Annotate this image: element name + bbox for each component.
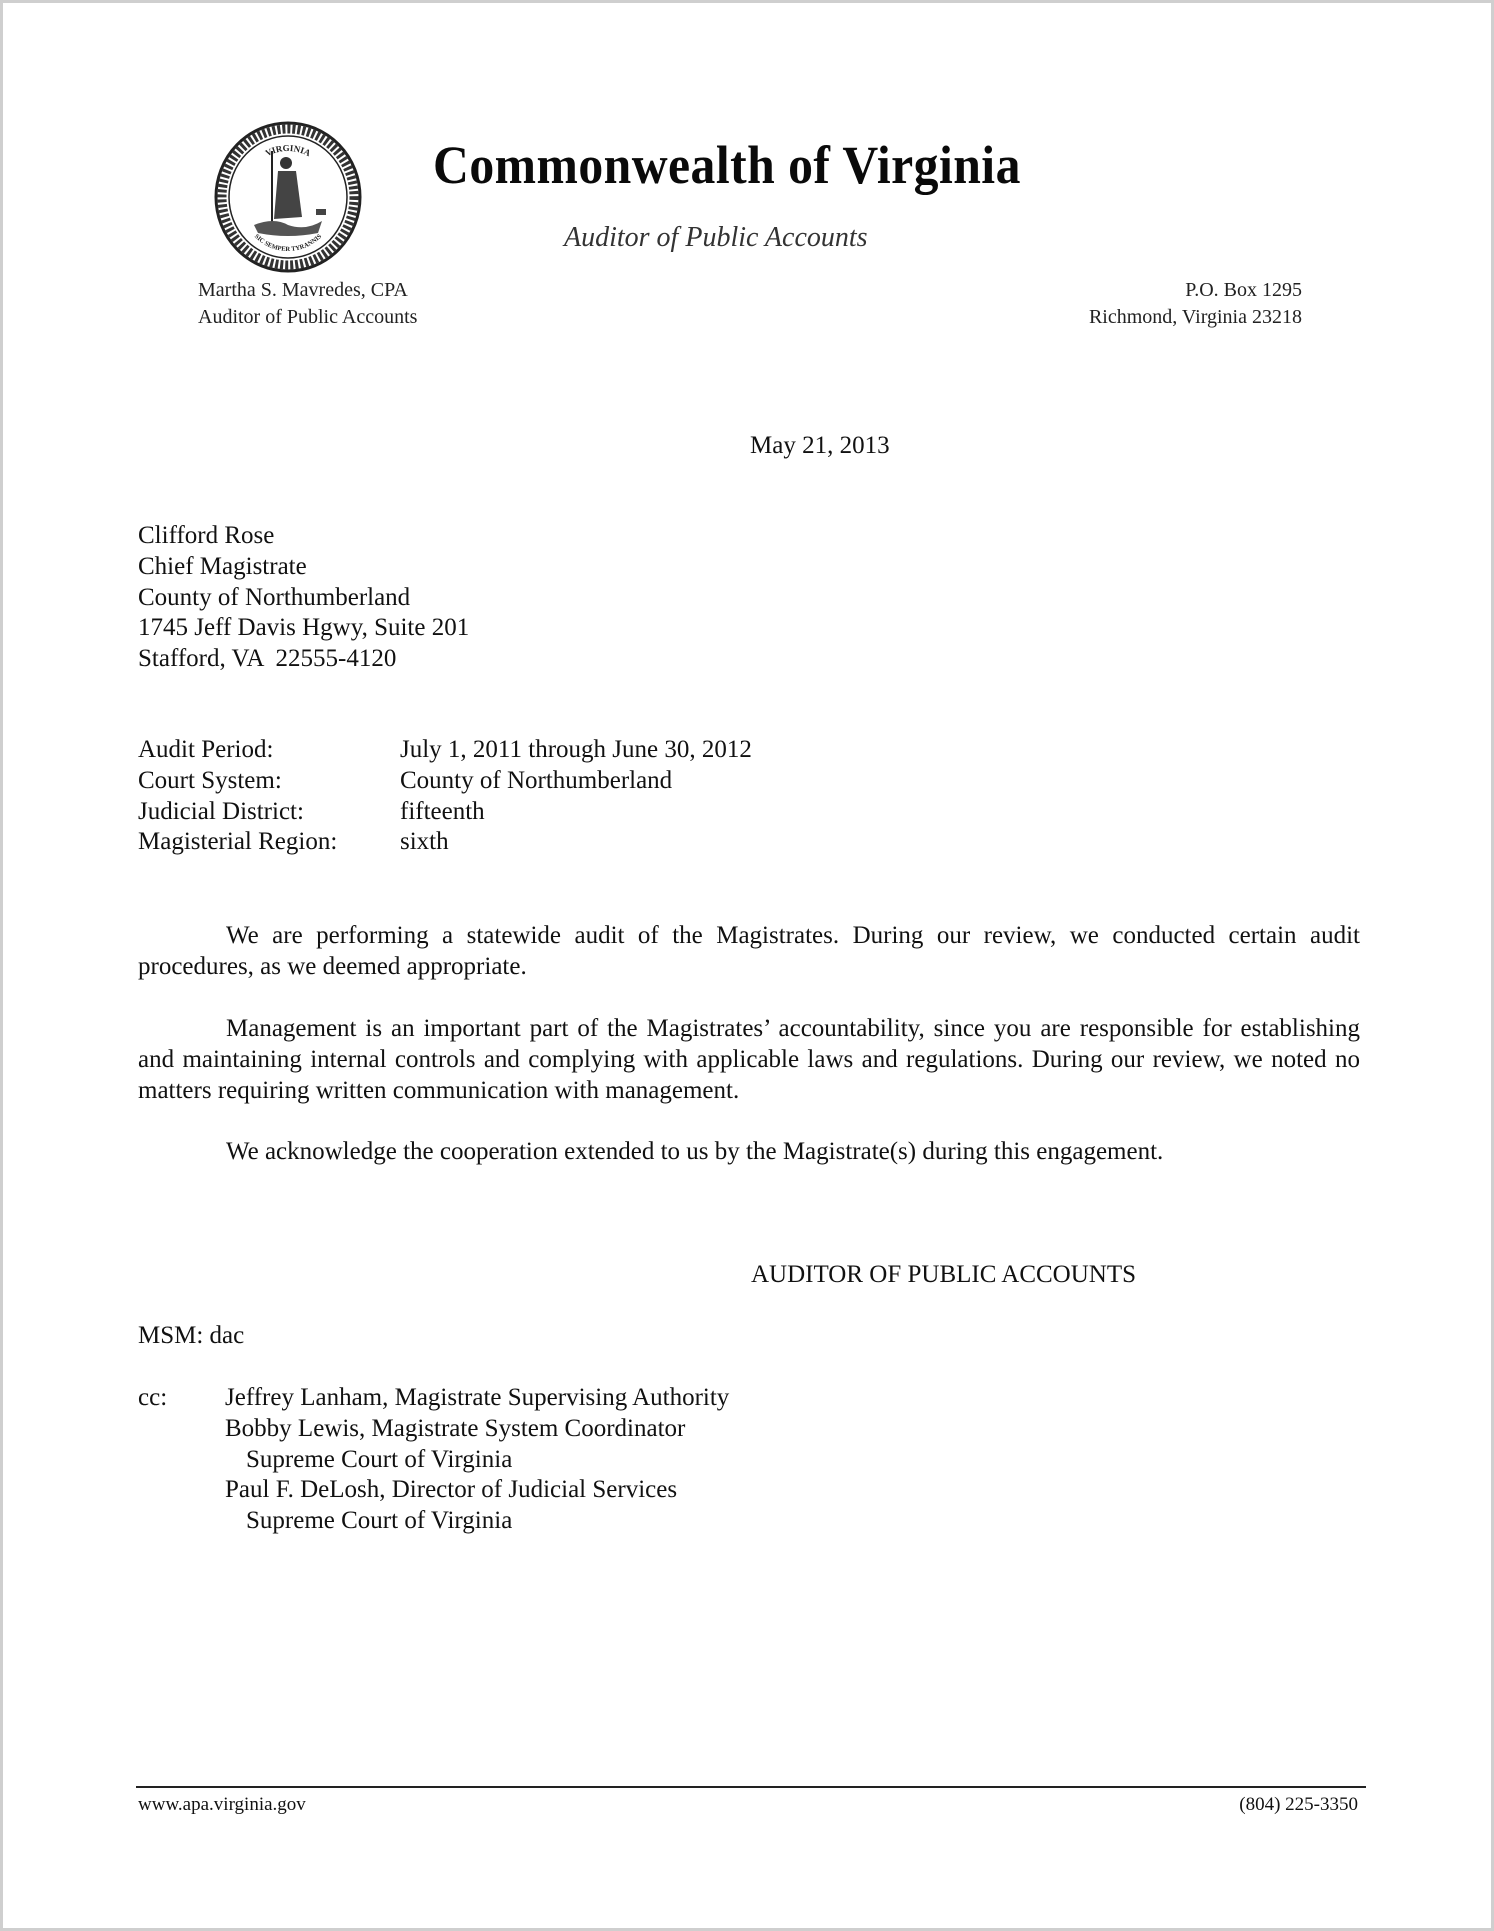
cc-recipient: Bobby Lewis, Magistrate System Coordinat… [225, 1414, 729, 1445]
cc-recipient: Paul F. DeLosh, Director of Judicial Ser… [225, 1475, 729, 1506]
letterhead-auditor-block: Martha S. Mavredes, CPA Auditor of Publi… [198, 277, 417, 331]
letterhead-address-block: P.O. Box 1295 Richmond, Virginia 23218 [1089, 277, 1302, 331]
body-paragraph-2: Management is an important part of the M… [138, 1014, 1360, 1106]
body-paragraph-3: We acknowledge the cooperation extended … [138, 1137, 1360, 1168]
po-box: P.O. Box 1295 [1089, 277, 1302, 304]
audit-info-label: Judicial District: [138, 797, 400, 828]
auditor-name: Martha S. Mavredes, CPA [198, 277, 417, 304]
audit-info-row: Court System: County of Northumberland [138, 766, 752, 797]
audit-info-row: Audit Period: July 1, 2011 through June … [138, 735, 752, 766]
letter-page: VIRGINIA SIC SEMPER TYRANNIS Commonwealt… [0, 0, 1494, 1931]
recipient-title: Chief Magistrate [138, 552, 469, 583]
virginia-state-seal-icon: VIRGINIA SIC SEMPER TYRANNIS [214, 121, 362, 273]
reference-initials: MSM: dac [138, 1321, 244, 1352]
recipient-name: Clifford Rose [138, 521, 469, 552]
audit-info-row: Magisterial Region: sixth [138, 827, 752, 858]
recipient-address: Clifford Rose Chief Magistrate County of… [138, 521, 469, 675]
audit-info-value: July 1, 2011 through June 30, 2012 [400, 735, 752, 766]
cc-recipient-organization: Supreme Court of Virginia [225, 1445, 729, 1476]
footer-divider [136, 1786, 1366, 1788]
auditor-title: Auditor of Public Accounts [198, 304, 417, 331]
cc-label: cc: [138, 1383, 167, 1414]
recipient-organization: County of Northumberland [138, 583, 469, 614]
cc-recipient-organization: Supreme Court of Virginia [225, 1506, 729, 1537]
audit-info-value: sixth [400, 827, 752, 858]
cc-list: Jeffrey Lanham, Magistrate Supervising A… [225, 1383, 729, 1537]
letterhead-title: Commonwealth of Virginia [433, 133, 1003, 197]
audit-info-row: Judicial District: fifteenth [138, 797, 752, 828]
audit-info-value: County of Northumberland [400, 766, 752, 797]
audit-info-label: Audit Period: [138, 735, 400, 766]
audit-info-label: Court System: [138, 766, 400, 797]
audit-info-label: Magisterial Region: [138, 827, 400, 858]
body-paragraph-1: We are performing a statewide audit of t… [138, 921, 1360, 983]
audit-info-value: fifteenth [400, 797, 752, 828]
cc-recipient: Jeffrey Lanham, Magistrate Supervising A… [225, 1383, 729, 1414]
audit-info-table: Audit Period: July 1, 2011 through June … [138, 735, 752, 858]
recipient-street: 1745 Jeff Davis Hgwy, Suite 201 [138, 613, 469, 644]
city-state-zip: Richmond, Virginia 23218 [1089, 304, 1302, 331]
signature-block: AUDITOR OF PUBLIC ACCOUNTS [751, 1260, 1136, 1291]
recipient-city: Stafford, VA 22555-4120 [138, 644, 469, 675]
letterhead-subtitle: Auditor of Public Accounts [564, 221, 868, 255]
footer-phone: (804) 225-3350 [1239, 1793, 1358, 1817]
footer-website: www.apa.virginia.gov [138, 1793, 306, 1817]
letter-date: May 21, 2013 [750, 431, 890, 462]
